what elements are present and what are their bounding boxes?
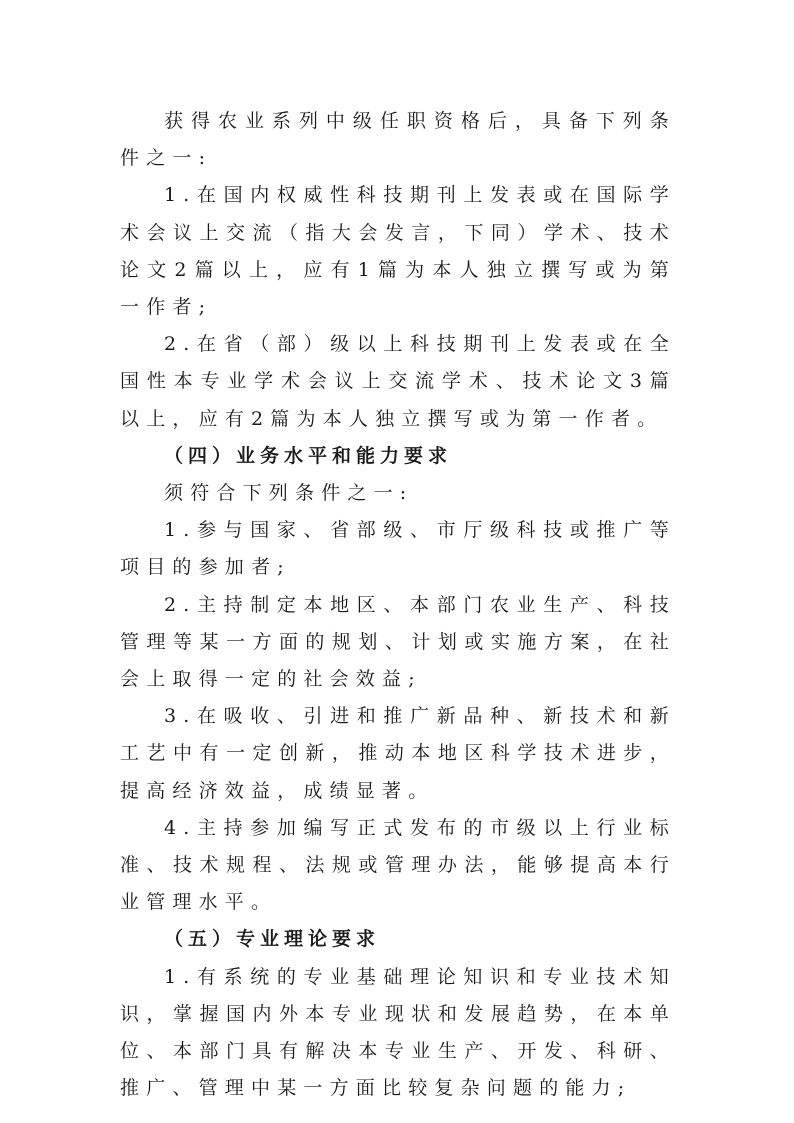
paper-condition-2: 2.在省（部）级以上科技期刊上发表或在全国性本专业学术会议上交流学术、技术论文3… (120, 326, 676, 438)
document-page: 获得农业系列中级任职资格后，具备下列条件之一: 1.在国内权威性科技期刊上发表或… (120, 103, 676, 1107)
section-heading-business-ability: （四）业务水平和能力要求 (120, 438, 676, 475)
paper-condition-1: 1.在国内权威性科技期刊上发表或在国际学术会议上交流（指大会发言，下同）学术、技… (120, 177, 676, 326)
ability-condition-1: 1.参与国家、省部级、市厅级科技或推广等项目的参加者; (120, 512, 676, 586)
theory-condition-1: 1.有系统的专业基础理论知识和专业技术知识，掌握国内外本专业现状和发展趋势，在本… (120, 959, 676, 1108)
intro-paragraph: 获得农业系列中级任职资格后，具备下列条件之一: (120, 103, 676, 177)
ability-condition-3: 3.在吸收、引进和推广新品种、新技术和新工艺中有一定创新，推动本地区科学技术进步… (120, 698, 676, 810)
ability-condition-4: 4.主持参加编写正式发布的市级以上行业标准、技术规程、法规或管理办法，能够提高本… (120, 810, 676, 922)
ability-condition-2: 2.主持制定本地区、本部门农业生产、科技管理等某一方面的规划、计划或实施方案，在… (120, 587, 676, 699)
section4-intro: 须符合下列条件之一: (120, 475, 676, 512)
section-heading-theory: （五）专业理论要求 (120, 921, 676, 958)
